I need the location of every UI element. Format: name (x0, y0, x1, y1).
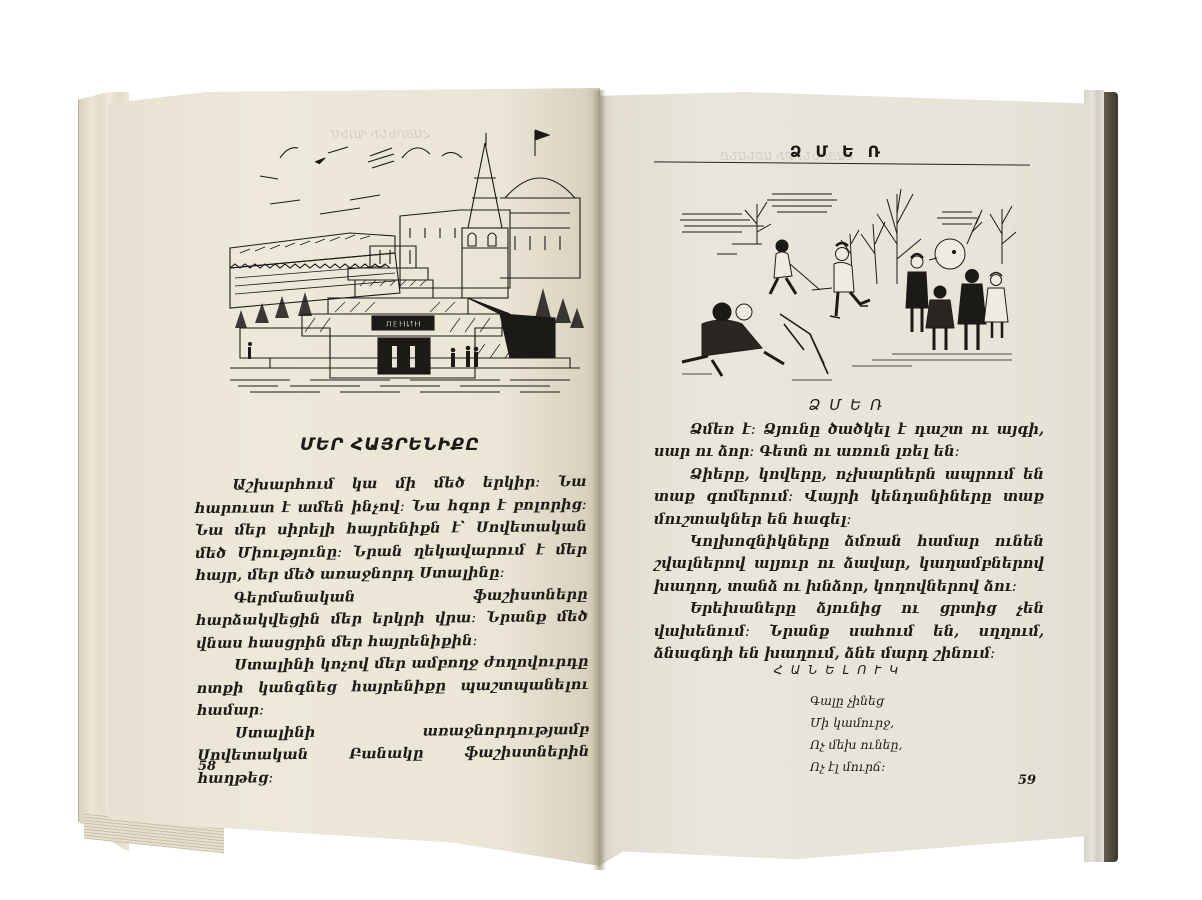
open-book: ՀԱՅՐԵՆԻ ՊՈԵՄ ՀԱՅՐԵՆԻՔԻ ԱՇՆԱՆԸ (0, 0, 1202, 900)
winter-children-illustration (672, 184, 1027, 389)
section-header: ՁՄԵՌ (652, 142, 1032, 161)
poem-line: Ոչ էլ մուրճ։ (810, 756, 970, 778)
right-page-body: Ձմեռ է։ Ձյունը ծածկել է դաշտ ու այգի, սա… (654, 419, 1044, 665)
poem-line: Ոչ մեխ ունեը, (810, 734, 970, 756)
paragraph: Ստալինի առաջնորդությամբ Սովետական Բանակը… (197, 718, 590, 790)
paragraph: Ձիերը, կովերը, ոչխարներն ապրում են տաք գ… (654, 464, 1044, 531)
riddle-poem: Գալը չինեց Մի կամուրջ, Ոչ մեխ ունեը, Ոչ … (810, 690, 970, 778)
left-page-title: ՄԵՐ ՀԱՅՐԵՆԻՔԸ (170, 435, 610, 455)
paragraph: Երեխաները ձյունից ու ցրտից չեն վախենում։… (654, 598, 1044, 665)
paragraph: Ձմեռ է։ Ձյունը ծածկել է դաշտ ու այգի, սա… (654, 419, 1044, 464)
poem-line: Մի կամուրջ, (810, 712, 970, 734)
left-page-body: Աշխարհում կա մի մեծ երկիր։ Նա հարուստ է … (194, 471, 589, 790)
page-number-right: 59 (1018, 773, 1036, 788)
page-number-left: 58 (198, 759, 216, 774)
paragraph: Գերմանական ֆաշիստները հարձակվեցին մեր եր… (196, 583, 589, 655)
svg-text:ЛЕНИН: ЛЕНИН (385, 320, 421, 330)
book-cover-edge (1102, 92, 1118, 862)
paragraph: Կոլխոզնիկները ձմռան համար ունեն շվալներո… (654, 531, 1044, 598)
mausoleum-illustration: ЛЕНИН (210, 118, 595, 398)
riddle-title: ՀԱՆԵԼՈՒԿ (760, 662, 920, 677)
paragraph: Աշխարհում կա մի մեծ երկիր։ Նա հարուստ է … (194, 471, 587, 588)
illustration-caption: ՁՄԵՌ (640, 396, 1060, 414)
poem-line: Գալը չինեց (810, 690, 970, 712)
paragraph: Ստալինի կոչով մեր ամբողջ ժողովուրդը ոտքի… (196, 651, 589, 723)
